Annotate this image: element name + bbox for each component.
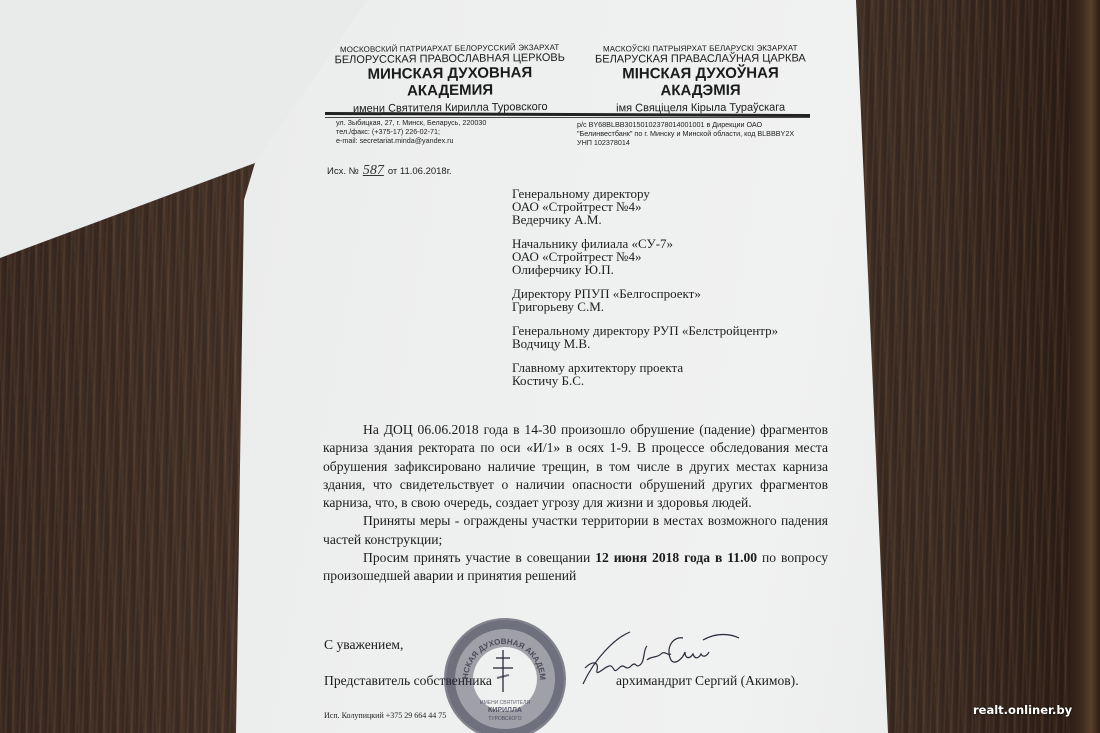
addressee-list: Генеральному директоруОАО «Стройтрест №4… (512, 187, 778, 398)
stamp-center-line3: ТУРОВСКОГО (446, 716, 564, 722)
addressee-line: Костичу Б.С. (512, 374, 778, 387)
reference-prefix: Исх. № (327, 166, 359, 177)
addressee-group: Начальнику филиала «СУ-7»ОАО «Стройтрест… (512, 237, 778, 276)
bank-block: р/с BY68BLBB30150102378014001001 в Дирек… (577, 120, 794, 147)
letter-body: На ДОЦ 06.06.2018 года в 14-30 произошло… (323, 421, 828, 586)
addressee-line: Олиферчику Ю.П. (512, 263, 778, 276)
contact-phone: тел./факс: (+375-17) 226-02-71; (336, 127, 486, 136)
addressee-group: Директору РПУП «Белгоспроект»Григорьеву … (512, 287, 778, 313)
reference-date: от 11.06.2018г. (388, 166, 452, 177)
addressee-line: Григорьеву С.М. (512, 300, 778, 313)
addressee-group: Генеральному директору РУП «Белстройцент… (512, 324, 778, 350)
contact-email: e-mail: secretariat.minda@yandex.ru (336, 136, 486, 145)
request-text: Просим принять участие в совещании (363, 550, 595, 565)
contact-address: ул. Зыбицкая, 27, г. Минск, Беларусь, 22… (336, 118, 486, 127)
reference-number: 587 (359, 163, 388, 178)
closing-regards: С уважением, (324, 637, 403, 653)
watermark: realt.onliner.by (973, 703, 1072, 717)
addressee-group: Главному архитектору проектаКостичу Б.С. (512, 361, 778, 387)
body-paragraph-measures: Приняты меры - ограждены участки террито… (323, 512, 828, 549)
letterhead-right-title2: АКАДЭМІЯ (573, 81, 828, 99)
body-paragraph-request: Просим принять участие в совещании 12 ию… (323, 549, 828, 586)
stamp-center-line2: КИРИЛЛА (446, 707, 564, 714)
addressee-line: Водчицу М.В. (512, 337, 778, 350)
bank-name: "Белинвестбанк" по г. Минску и Минской о… (577, 129, 794, 138)
letterhead-right-line2: БЕЛАРУСКАЯ ПРАВАСЛАЎНАЯ ЦАРКВА (573, 52, 828, 65)
contact-block: ул. Зыбицкая, 27, г. Минск, Беларусь, 22… (336, 118, 486, 145)
addressee-line: Ведерчику А.М. (512, 213, 778, 226)
letterhead-left-title2: АКАДЕМИЯ (325, 81, 575, 101)
executor-contact: Исп. Колупицкий +375 29 664 44 75 (324, 711, 446, 720)
svg-text:МИНСКАЯ ДУХОВНАЯ АКАДЕМИЯ: МИНСКАЯ ДУХОВНАЯ АКАДЕМИЯ (444, 618, 547, 681)
letterhead-right: МАСКОЎСКІ ПАТРЫЯРХАТ БЕЛАРУСКІ ЭКЗАРХАТ … (573, 43, 828, 114)
bank-unp: УНП 102378014 (577, 138, 794, 147)
letterhead-left: МОСКОВСКИЙ ПАТРИАРХАТ БЕЛОРУССКИЙ ЭКЗАРХ… (325, 43, 576, 116)
bank-account: р/с BY68BLBB30150102378014001001 в Дирек… (577, 120, 794, 129)
letterhead-right-title1: МІНСКАЯ ДУХОЎНАЯ (573, 64, 828, 82)
body-paragraph-incident: На ДОЦ 06.06.2018 года в 14-30 произошло… (323, 421, 828, 512)
outgoing-reference: Исх. №587от 11.06.2018г. (327, 163, 452, 179)
official-stamp: МИНСКАЯ ДУХОВНАЯ АКАДЕМИЯ ИМЕНИ СВЯТИТЕЛ… (444, 618, 566, 733)
meeting-datetime: 12 июня 2018 года в 11.00 (595, 550, 757, 565)
stamp-center-line1: ИМЕНИ СВЯТИТЕЛЯ (446, 700, 564, 706)
wood-edge (1070, 0, 1100, 733)
handwritten-signature-icon (575, 628, 755, 698)
addressee-group: Генеральному директоруОАО «Стройтрест №4… (512, 187, 778, 226)
